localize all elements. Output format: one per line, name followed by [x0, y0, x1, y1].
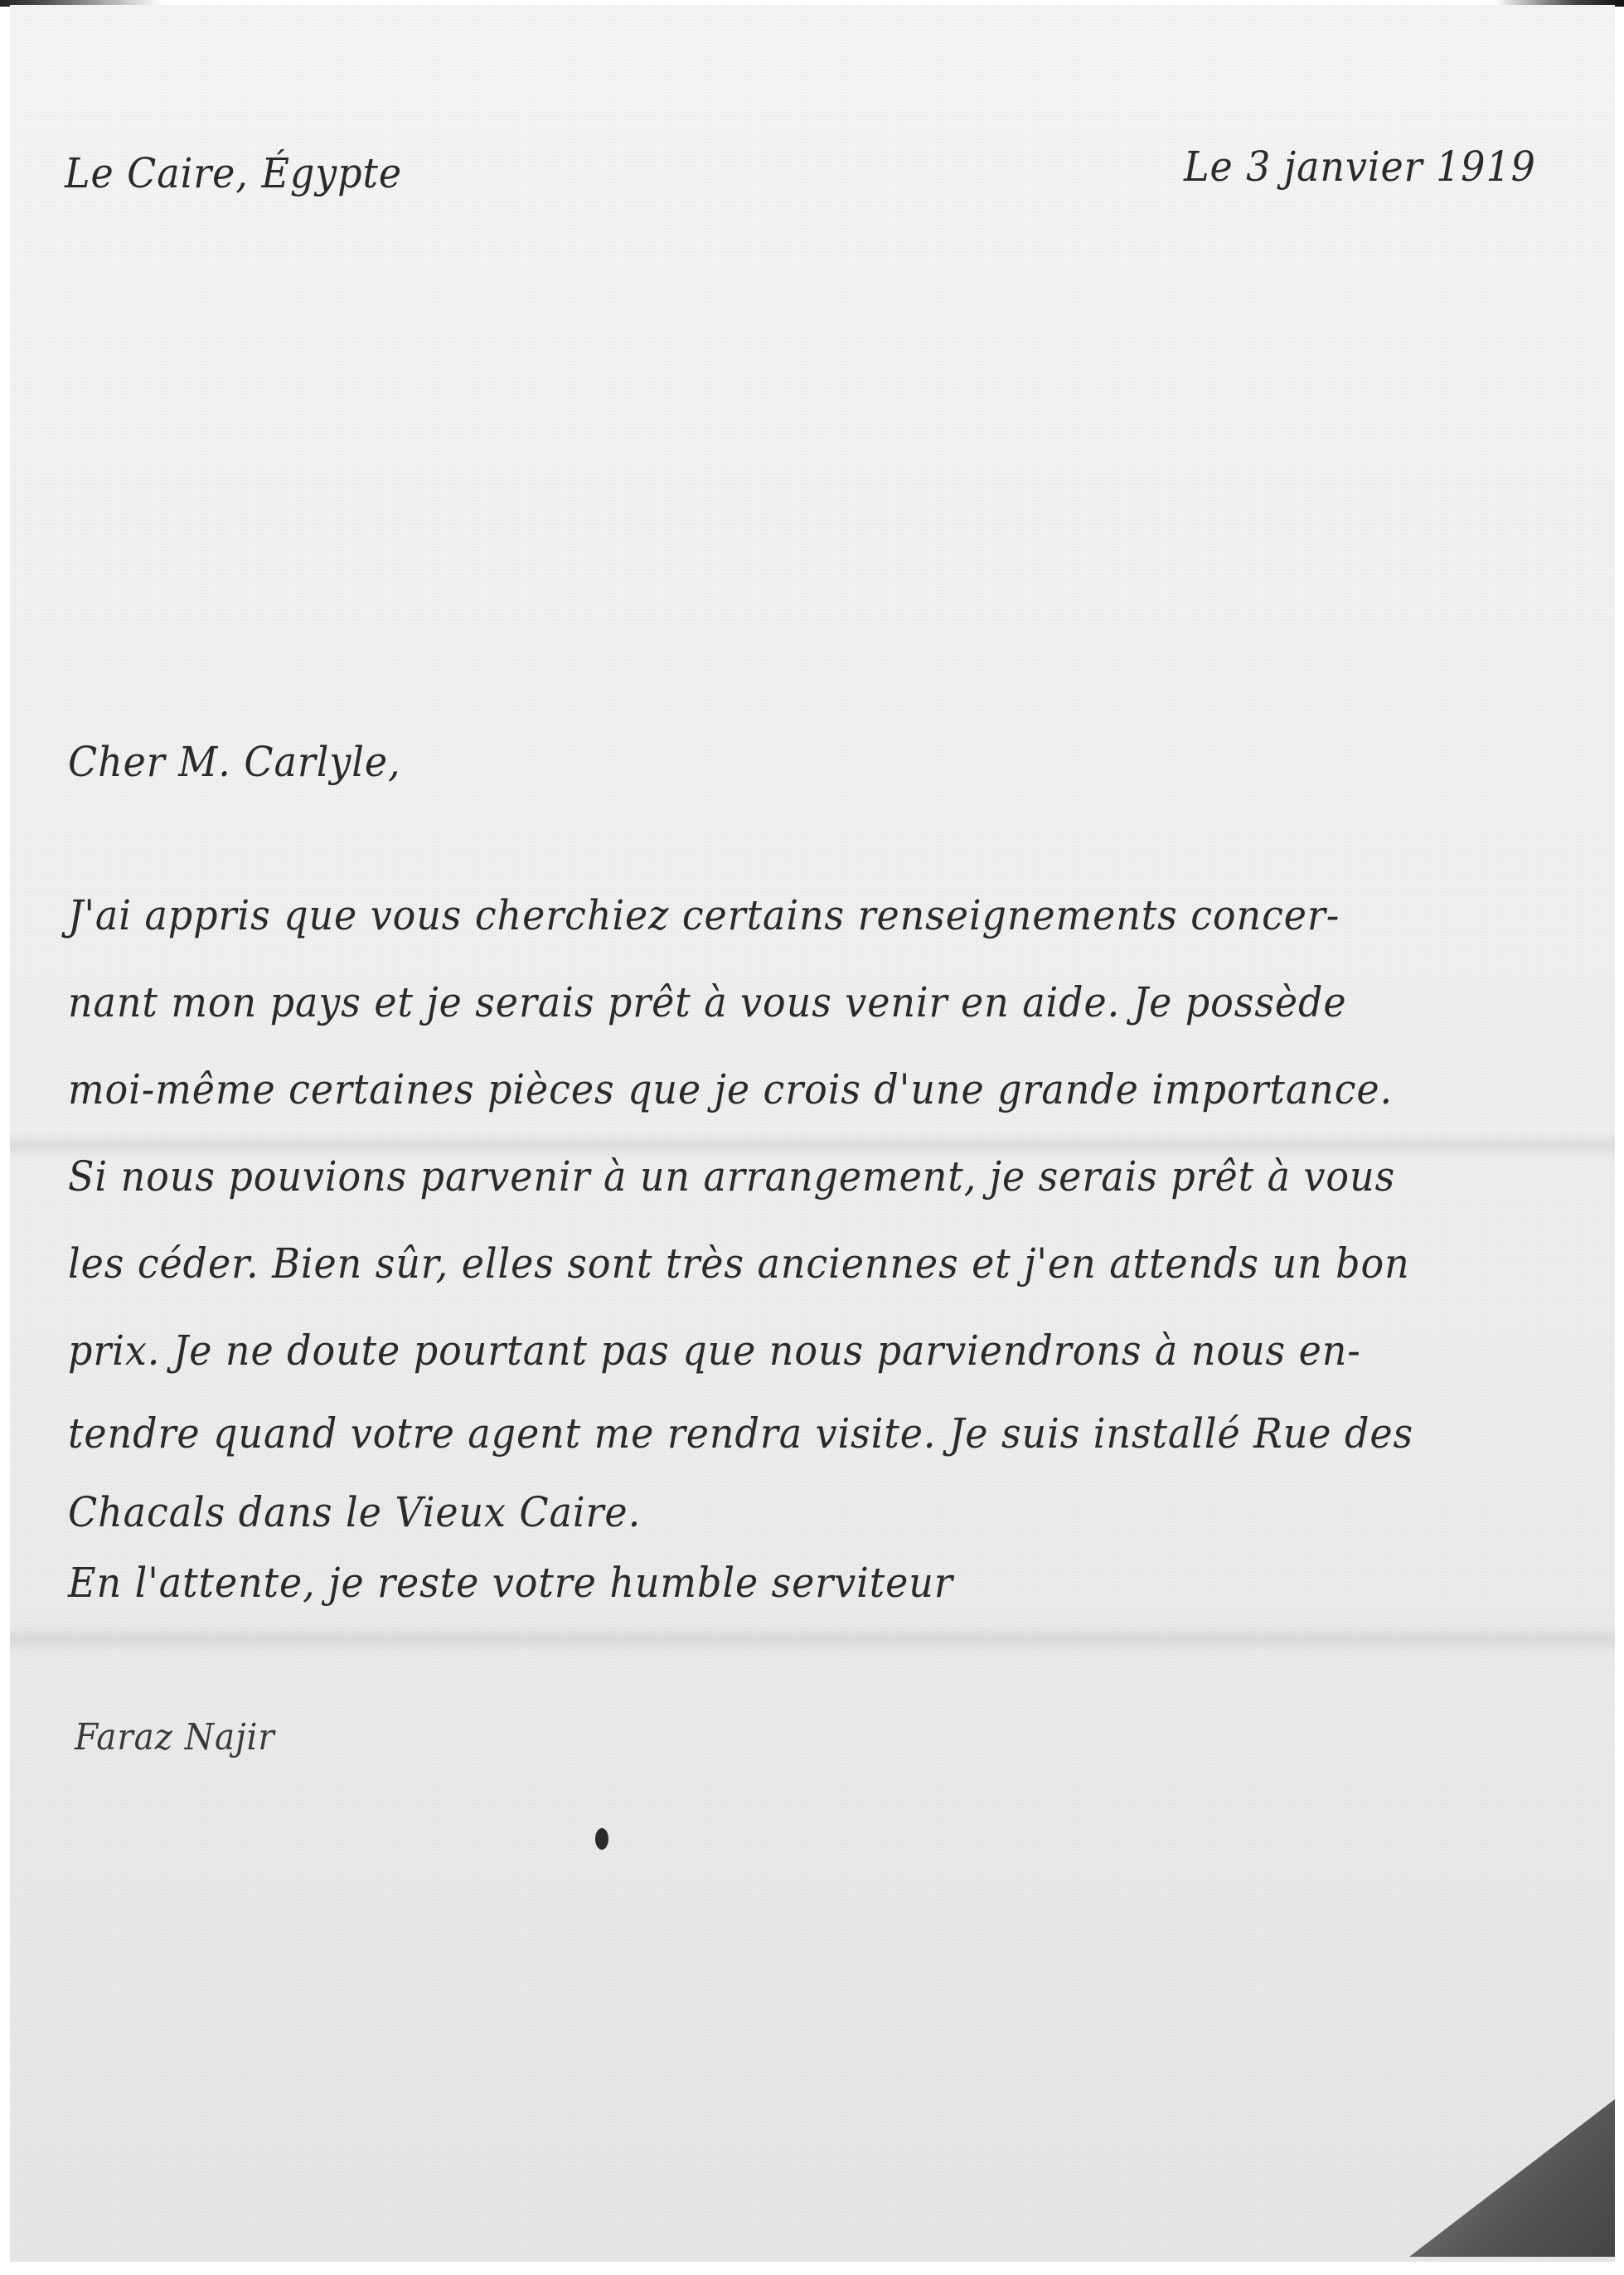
letter-salutation: Cher M. Carlyle,: [68, 738, 401, 786]
body-line: moi-même certaines pièces que je crois d…: [68, 1065, 1393, 1113]
body-line: J'ai appris que vous cherchiez certains …: [68, 891, 1340, 939]
body-line: Chacals dans le Vieux Caire.: [68, 1488, 641, 1536]
body-line: les céder. Bien sûr, elles sont très anc…: [68, 1239, 1410, 1288]
body-line: prix. Je ne doute pourtant pas que nous …: [68, 1327, 1361, 1375]
letter-date: Le 3 janvier 1919: [1184, 143, 1536, 191]
body-line: Si nous pouvions parvenir à un arrangeme…: [68, 1152, 1395, 1201]
letter-signature: Faraz Najir: [75, 1716, 275, 1758]
body-line: tendre quand votre agent me rendra visit…: [68, 1409, 1413, 1458]
letter-place: Le Caire, Égypte: [65, 149, 402, 197]
ink-spot: [595, 1828, 608, 1850]
paper-crease: [10, 1625, 1615, 1653]
body-line: nant mon pays et je serais prêt à vous v…: [68, 978, 1346, 1026]
letter-closing: En l'attente, je reste votre humble serv…: [68, 1559, 953, 1607]
